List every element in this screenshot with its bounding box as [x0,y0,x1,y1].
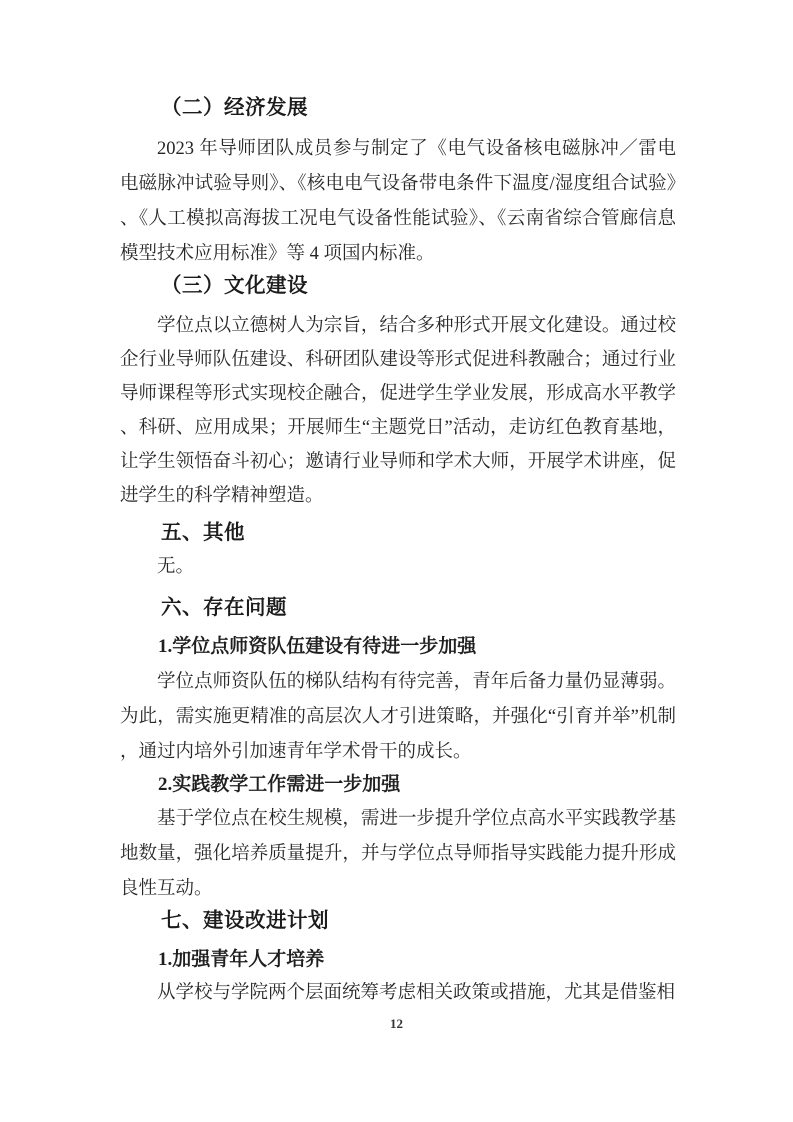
paragraph-faculty-team: 学位点师资队伍的梯队结构有待完善，青年后备力量仍显薄弱。为此，需实施更精准的高层… [120,665,676,770]
paragraph-standards: 2023 年导师团队成员参与制定了《电气设备核电磁脉冲／雷电电磁脉冲试验导则》、… [120,132,676,272]
paragraph-practice-teaching: 基于学位点在校生规模，需进一步提升学位点高水平实践教学基地数量，强化培养质量提升… [120,802,676,907]
subheading-youth-talent: 1.加强青年人才培养 [120,942,676,977]
heading-economic-development: （二）经济发展 [120,92,676,124]
heading-improvement-plan: 七、建设改进计划 [120,905,676,937]
subheading-faculty-team: 1.学位点师资队伍建设有待进一步加强 [120,629,676,664]
heading-culture-construction: （三）文化建设 [120,270,676,302]
paragraph-culture: 学位点以立德树人为宗旨，结合多种形式开展文化建设。通过校企行业导师队伍建设、科研… [120,309,676,513]
page-number: 12 [0,1016,793,1032]
paragraph-youth-talent: 从学校与学院两个层面统筹考虑相关政策或措施，尤其是借鉴相 [120,976,676,1011]
heading-existing-problems: 六、存在问题 [120,592,676,624]
paragraph-none: 无。 [120,550,676,585]
subheading-practice-teaching: 2.实践教学工作需进一步加强 [120,767,676,802]
document-page: （二）经济发展 2023 年导师团队成员参与制定了《电气设备核电磁脉冲／雷电电磁… [0,0,793,1122]
heading-other: 五、其他 [120,517,676,549]
